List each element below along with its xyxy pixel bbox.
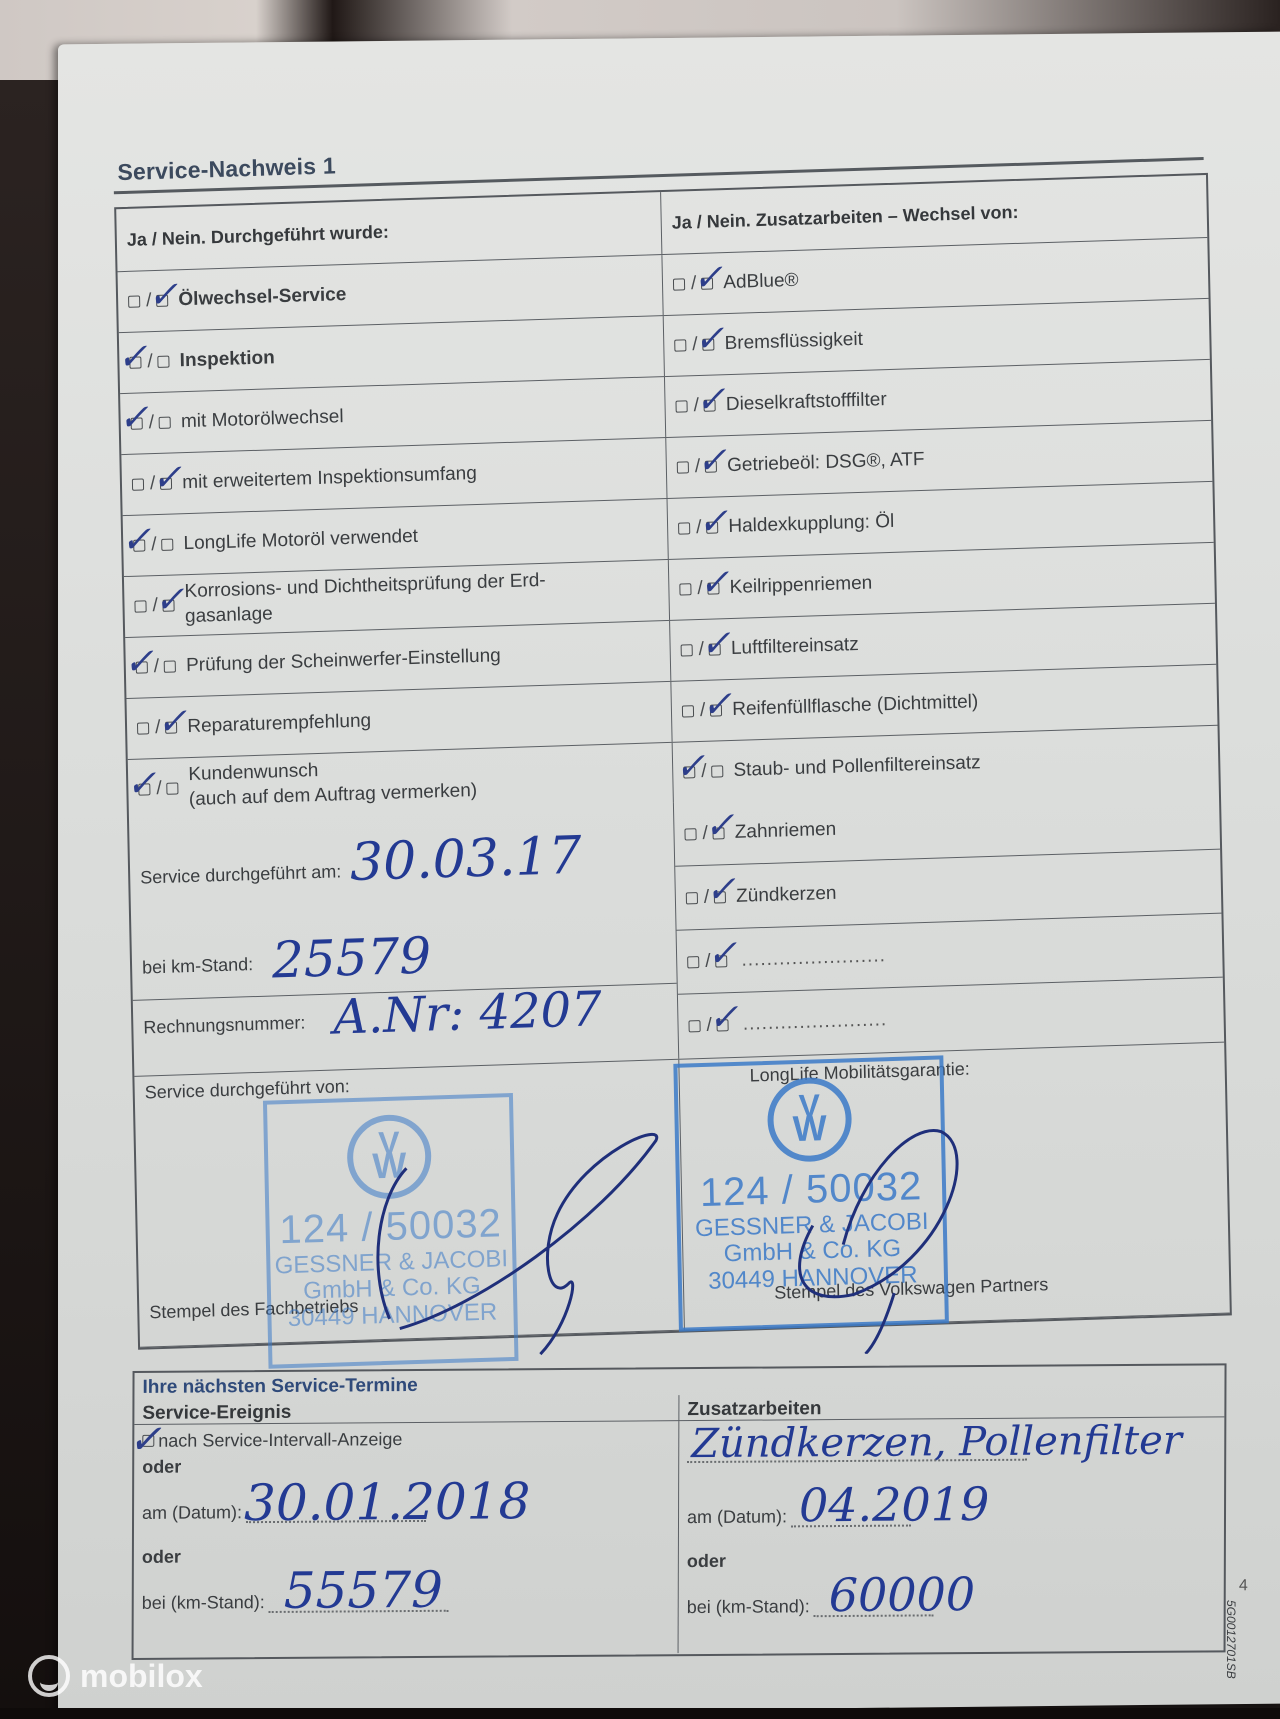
nein-mark-icon: ✓ [707, 933, 738, 975]
nein-checkbox[interactable] [706, 521, 718, 533]
separator: / [705, 950, 711, 972]
separator: / [695, 456, 701, 478]
vw-logo-icon: VW [767, 1076, 853, 1163]
separator: / [148, 412, 154, 434]
form-code: 5G0012701SB [1224, 1600, 1238, 1679]
service-details-right: /Zahnriemen✓/Zündkerzen✓/...............… [674, 786, 1224, 1059]
checklist-label: Bremsflüssigkeit [724, 329, 863, 355]
stamp-address: 30449 HANNOVER [271, 1299, 513, 1333]
ja-checkbox[interactable] [133, 539, 145, 551]
service-details: Service durchgeführt am: 30.03.17 bei km… [129, 786, 1224, 1077]
invoice-label: Rechnungsnummer: [143, 1012, 305, 1038]
photo-bottom-edge [0, 1708, 1280, 1719]
separator: / [706, 1014, 712, 1036]
nein-checkbox[interactable] [710, 704, 722, 716]
nein-mark-icon: ✓ [708, 997, 739, 1039]
checklist-label: mit erweitertem Inspektionsumfang [182, 463, 477, 494]
ja-checkbox[interactable] [674, 339, 686, 351]
ja-checkbox[interactable] [137, 722, 149, 734]
separator: / [151, 534, 157, 556]
separator: / [702, 822, 708, 844]
ja-checkbox[interactable] [679, 583, 691, 595]
separator: / [152, 595, 158, 617]
checklist-label: Ölwechsel-Service [178, 284, 346, 311]
ja-checkbox[interactable] [688, 1020, 700, 1032]
checklist-label: ....................... [739, 1009, 888, 1036]
or-label: oder [142, 1547, 181, 1568]
nein-checkbox[interactable] [161, 538, 173, 550]
interval-option[interactable]: nach Service-Intervall-Anzeige [142, 1429, 402, 1452]
nein-checkbox[interactable] [167, 782, 179, 794]
next-date-value: 30.01.2018 [244, 1472, 530, 1532]
nein-checkbox[interactable] [704, 399, 716, 411]
vw-logo-icon: VW [346, 1114, 432, 1201]
next-service-box: Ihre nächsten Service-Termine Service-Er… [132, 1363, 1227, 1660]
nein-checkbox[interactable] [701, 277, 713, 289]
service-event-header: Service-Ereignis [134, 1395, 679, 1425]
nein-checkbox[interactable] [715, 955, 727, 967]
service-event-cell: nach Service-Intervall-Anzeige ✓ oder am… [134, 1421, 680, 1657]
checklist-label: mit Motorölwechsel [181, 406, 344, 433]
service-date-label: Service durchgeführt am: [140, 861, 341, 888]
checklist-label: Kundenwunsch(auch auf dem Auftrag vermer… [188, 754, 477, 812]
page-number: 4 [1239, 1577, 1248, 1595]
nein-checkbox[interactable] [165, 721, 177, 733]
checklist-label: Haldexkupplung: Öl [728, 511, 894, 538]
checklist-label: Staub- und Pollenfiltereinsatz [733, 752, 981, 782]
nein-checkbox[interactable] [163, 599, 175, 611]
or-label: oder [142, 1457, 181, 1478]
extra-work-cell: Zündkerzen, Pollenfilter am (Datum): 04.… [679, 1417, 1225, 1653]
checklist-label: Reparaturempfehlung [187, 710, 371, 738]
km-value: 25579 [271, 927, 431, 990]
partner-stamp: VW 124 / 50032 GESSNER & JACOBI GmbH & C… [673, 1055, 949, 1331]
mobilox-logo-icon [28, 1655, 70, 1697]
workshop-stamp-cell: Service durchgeführt von: Stempel des Fa… [134, 1060, 685, 1347]
nein-checkbox[interactable] [705, 460, 717, 472]
checklist-label: Korrosions- und Dichtheitsprüfung der Er… [184, 569, 546, 630]
checklist-label: ....................... [737, 945, 886, 972]
checklist-label: Luftfiltereinsatz [731, 634, 859, 660]
separator: / [147, 351, 153, 373]
ja-checkbox[interactable] [683, 766, 695, 778]
watermark: mobilox [28, 1655, 203, 1697]
separator: / [692, 334, 698, 356]
separator: / [693, 395, 699, 417]
checklist-label: AdBlue® [723, 270, 799, 294]
partner-stamp-cell: LongLife Mobilitätsgarantie: Stempel des… [679, 1043, 1230, 1330]
service-booklet-page: Service-Nachweis 1 Ja / Nein. Durchgefüh… [58, 32, 1280, 1717]
nein-checkbox[interactable] [717, 1019, 729, 1031]
nein-checkbox[interactable] [708, 582, 720, 594]
service-record: Service-Nachweis 1 Ja / Nein. Durchgefüh… [88, 68, 1260, 1663]
ja-checkbox[interactable] [134, 600, 146, 612]
nein-checkbox[interactable] [714, 891, 726, 903]
separator: / [146, 290, 152, 312]
separator: / [150, 473, 156, 495]
nein-checkbox[interactable] [158, 356, 170, 368]
separator: / [697, 578, 703, 600]
separator: / [701, 761, 707, 783]
nein-checkbox[interactable] [702, 338, 714, 350]
invoice-value: A.Nr: 4207 [333, 981, 603, 1045]
checklist-label: Inspektion [179, 347, 274, 372]
checklist-label: Reifenfüllflasche (Dichtmittel) [732, 691, 978, 721]
nein-checkbox[interactable] [709, 643, 721, 655]
separator: / [698, 639, 704, 661]
ja-checkbox[interactable] [128, 295, 140, 307]
nein-checkbox[interactable] [164, 660, 176, 672]
checklist-label: Zahnriemen [735, 818, 837, 843]
service-date-value: 30.03.17 [349, 826, 582, 893]
workshop-stamp: VW 124 / 50032 GESSNER & JACOBI GmbH & C… [263, 1093, 519, 1369]
next-km-value: 55579 [284, 1561, 443, 1620]
nein-checkbox[interactable] [156, 295, 168, 307]
ja-checkbox[interactable] [132, 478, 144, 490]
separator: / [704, 886, 710, 908]
extra-km-value: 60000 [829, 1567, 976, 1622]
checklist-label: Getriebeöl: DSG®, ATF [727, 449, 925, 477]
ja-checkbox[interactable] [138, 783, 150, 795]
separator: / [700, 700, 706, 722]
nein-mark-icon: ✓ [705, 869, 736, 911]
checklist-label: Dieselkraftstofffilter [726, 389, 887, 416]
ja-checkbox[interactable] [678, 522, 690, 534]
extra-work-header: Zusatzarbeiten [679, 1391, 1224, 1421]
ja-checkbox[interactable] [129, 356, 141, 368]
nein-checkbox[interactable] [160, 478, 172, 490]
separator: / [691, 273, 697, 295]
ja-checkbox[interactable] [686, 892, 698, 904]
nein-mark-icon: ✓ [704, 805, 735, 847]
ja-checkbox[interactable] [687, 956, 699, 968]
ja-checkbox[interactable] [131, 417, 143, 429]
ja-checkbox[interactable] [677, 461, 689, 473]
nein-checkbox[interactable] [713, 827, 725, 839]
nein-checkbox[interactable] [159, 417, 171, 429]
page-title: Service-Nachweis 1 [117, 152, 336, 186]
interval-checkbox[interactable] [142, 1435, 154, 1447]
or-label: oder [687, 1551, 726, 1572]
ja-checkbox[interactable] [684, 828, 696, 840]
separator: / [696, 517, 702, 539]
separator: / [155, 717, 161, 739]
interval-label: nach Service-Intervall-Anzeige [158, 1429, 402, 1451]
separator: / [156, 778, 162, 800]
checklist-label: Prüfung der Scheinwerfer-Einstellung [186, 645, 501, 677]
checklist-label: Zündkerzen [736, 882, 837, 907]
service-details-left: Service durchgeführt am: 30.03.17 bei km… [129, 803, 679, 1076]
ja-checkbox[interactable] [136, 661, 148, 673]
ja-checkbox[interactable] [675, 400, 687, 412]
next-service-body: nach Service-Intervall-Anzeige ✓ oder am… [134, 1417, 1225, 1657]
watermark-brand: mobilox [80, 1658, 203, 1695]
stamp-area: Service durchgeführt von: Stempel des Fa… [134, 1043, 1229, 1348]
separator: / [154, 656, 160, 678]
checklist-label: Keilrippenriemen [729, 573, 872, 599]
km-label: bei km-Stand: [142, 954, 253, 978]
checklist-label: LongLife Motoröl verwendet [183, 526, 418, 555]
ja-checkbox[interactable] [682, 705, 694, 717]
ja-checkbox[interactable] [673, 278, 685, 290]
extra-date-value: 04.2019 [799, 1477, 989, 1532]
service-grid: Ja / Nein. Durchgeführt wurde: Ja / Nein… [114, 173, 1232, 1350]
ja-checkbox[interactable] [681, 644, 693, 656]
nein-checkbox[interactable] [711, 765, 723, 777]
